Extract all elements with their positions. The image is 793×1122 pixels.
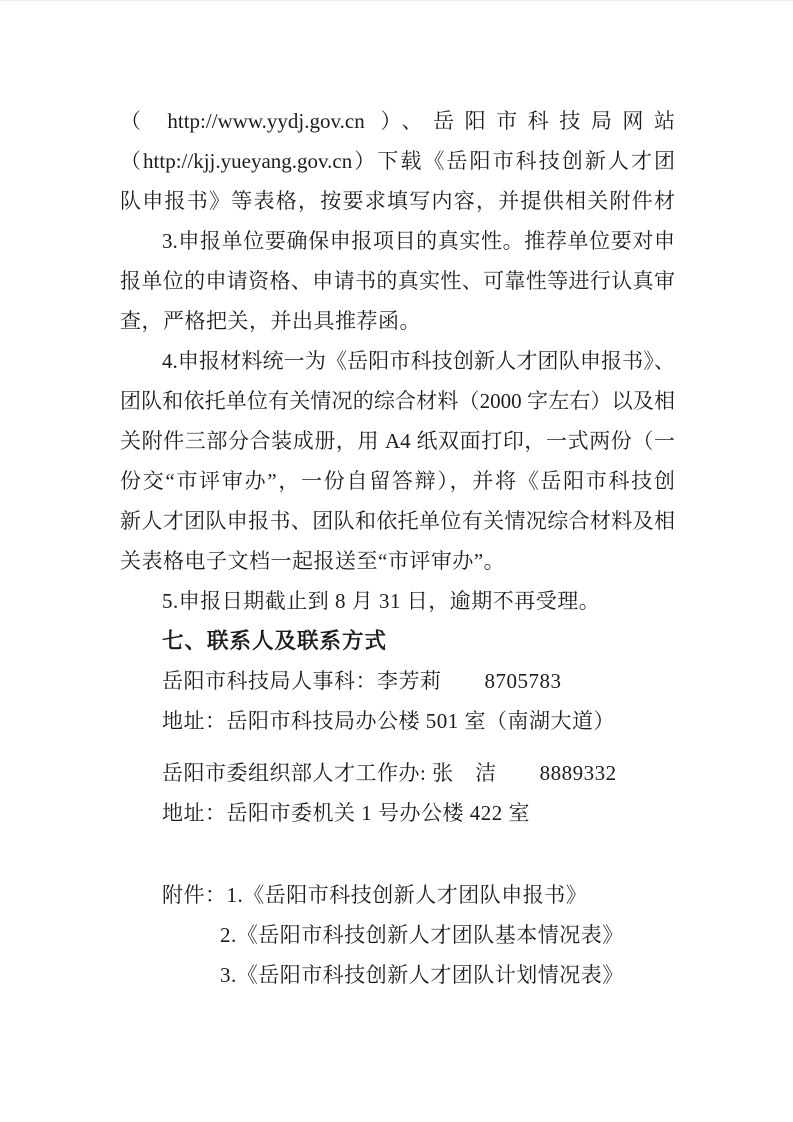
- paragraph-3-line: 报单位的申请资格、申请书的真实性、可靠性等进行认真审: [120, 261, 675, 301]
- contact-line-science-bureau: 岳阳市科技局人事科：李芳莉 8705783: [120, 661, 675, 701]
- paragraph-4-line: 新人才团队申报书、团队和依托单位有关情况综合材料及相: [120, 501, 675, 541]
- paragraph-continuation-line: 队申报书》等表格，按要求填写内容，并提供相关附件材料。: [120, 181, 675, 221]
- attachment-item-3: 3.《岳阳市科技创新人才团队计划情况表》: [120, 955, 675, 995]
- paragraph-continuation-line: （http://kjj.yueyang.gov.cn）下载《岳阳市科技创新人才团: [120, 141, 675, 181]
- paragraph-4-line: 关表格电子文档一起报送至“市评审办”。: [120, 541, 675, 581]
- section-heading-contacts: 七、联系人及联系方式: [120, 621, 675, 661]
- paragraph-5-line: 5.申报日期截止到 8 月 31 日，逾期不再受理。: [120, 581, 675, 621]
- paragraph-4-line: 份交“市评审办”，一份自留答辩），并将《岳阳市科技创: [120, 461, 675, 501]
- document-page: （ http://www.yydj.gov.cn ）、岳阳市科技局网站 （htt…: [0, 0, 793, 1122]
- document-text-block: （ http://www.yydj.gov.cn ）、岳阳市科技局网站 （htt…: [120, 101, 675, 995]
- address-line-org-dept: 地址：岳阳市委机关 1 号办公楼 422 室: [120, 793, 675, 833]
- attachments-label-and-item-1: 附件：1.《岳阳市科技创新人才团队申报书》: [120, 875, 675, 915]
- address-line-science-bureau: 地址：岳阳市科技局办公楼 501 室（南湖大道）: [120, 701, 675, 741]
- paragraph-4-line: 关附件三部分合装成册，用 A4 纸双面打印，一式两份（一: [120, 421, 675, 461]
- paragraph-continuation-line: （ http://www.yydj.gov.cn ）、岳阳市科技局网站: [120, 101, 675, 141]
- paragraph-3-line: 3.申报单位要确保申报项目的真实性。推荐单位要对申: [120, 221, 675, 261]
- paragraph-4-line: 团队和依托单位有关情况的综合材料（2000 字左右）以及相: [120, 381, 675, 421]
- paragraph-3-line: 查，严格把关，并出具推荐函。: [120, 301, 675, 341]
- contact-line-org-dept: 岳阳市委组织部人才工作办: 张 洁 8889332: [120, 753, 675, 793]
- paragraph-4-line: 4.申报材料统一为《岳阳市科技创新人才团队申报书》、: [120, 341, 675, 381]
- attachment-item-2: 2.《岳阳市科技创新人才团队基本情况表》: [120, 915, 675, 955]
